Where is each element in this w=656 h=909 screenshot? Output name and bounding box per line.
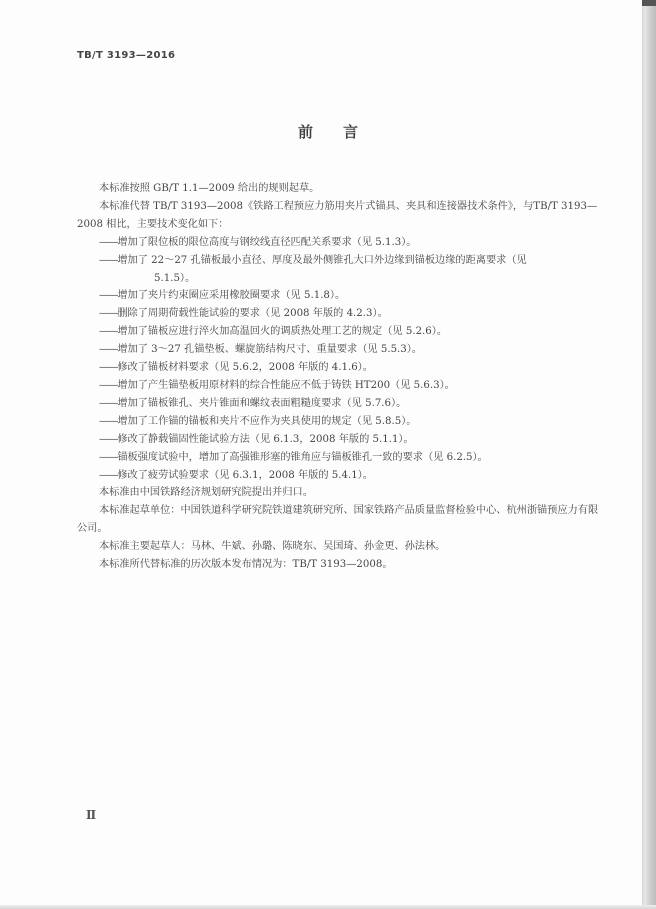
list-item: ——增加了 22～27 孔锚板最小直径、厚度及最外侧锥孔大口外边缘到锚板边缘的距… [77,252,607,288]
foreword-body: 本标准按照 GB/T 1.1—2009 给出的规则起草。 本标准代替 TB/T … [77,180,607,574]
list-item: ——修改了锚板材料要求（见 5.6.2，2008 年版的 4.1.6）。 [77,359,607,377]
list-item: ——增加了锚板锥孔、夹片锥面和螺纹表面粗糙度要求（见 5.7.6）。 [77,395,607,413]
list-item: ——增加了夹片约束圈应采用橡胶圈要求（见 5.1.8）。 [77,287,607,305]
list-item: ——增加了锚板应进行淬火加高温回火的调质热处理工艺的规定（见 5.2.6）。 [77,323,607,341]
closing-paragraph-1: 本标准由中国铁路经济规划研究院提出并归口。 [77,484,607,502]
list-item: ——增加了工作锚的锚板和夹片不应作为夹具使用的规定（见 5.8.5）。 [77,413,607,431]
page-title: 前言 [0,121,656,142]
list-item: ——修改了静载锚固性能试验方法（见 6.1.3，2008 年版的 5.1.1）。 [77,431,607,449]
document-page: TB/T 3193—2016 前言 本标准按照 GB/T 1.1—2009 给出… [0,0,642,905]
closing-paragraph-4: 本标准所代替标准的历次版本发布情况为：TB/T 3193—2008。 [77,556,607,574]
standard-code-header: TB/T 3193—2016 [77,50,175,61]
list-item: ——增加了限位板的限位高度与钢绞线直径匹配关系要求（见 5.1.3）。 [77,234,607,252]
page-edge-corner [642,0,656,6]
page-number: Ⅱ [86,808,96,822]
list-item: ——锚板强度试验中，增加了高强锥形塞的锥角应与锚板锥孔一致的要求（见 6.2.5… [77,449,607,467]
list-item: ——增加了产生锚垫板用原材料的综合性能应不低于铸铁 HT200（见 5.6.3）… [77,377,607,395]
intro-paragraph-1: 本标准按照 GB/T 1.1—2009 给出的规则起草。 [77,180,607,198]
list-item: ——修改了疲劳试验要求（见 6.3.1，2008 年版的 5.4.1）。 [77,467,607,485]
title-char-2: 言 [343,123,358,141]
intro-paragraph-2: 本标准代替 TB/T 3193—2008《铁路工程预应力筋用夹片式锚具、夹具和连… [77,198,607,234]
page-edge-shadow [642,0,656,909]
list-item: ——增加了 3～27 孔锚垫板、螺旋筋结构尺寸、重量要求（见 5.5.3）。 [77,341,607,359]
changes-list: ——增加了限位板的限位高度与钢绞线直径匹配关系要求（见 5.1.3）。 ——增加… [77,234,607,485]
closing-paragraph-2: 本标准起草单位：中国铁道科学研究院铁道建筑研究所、国家铁路产品质量监督检验中心、… [77,502,607,538]
closing-paragraph-3: 本标准主要起草人：马林、牛斌、孙璐、陈晓东、吴国琦、孙金更、孙法林。 [77,538,607,556]
list-item: ——删除了周期荷载性能试验的要求（见 2008 年版的 4.2.3）。 [77,305,607,323]
title-char-1: 前 [298,123,313,141]
page-bottom-shadow [0,905,656,909]
